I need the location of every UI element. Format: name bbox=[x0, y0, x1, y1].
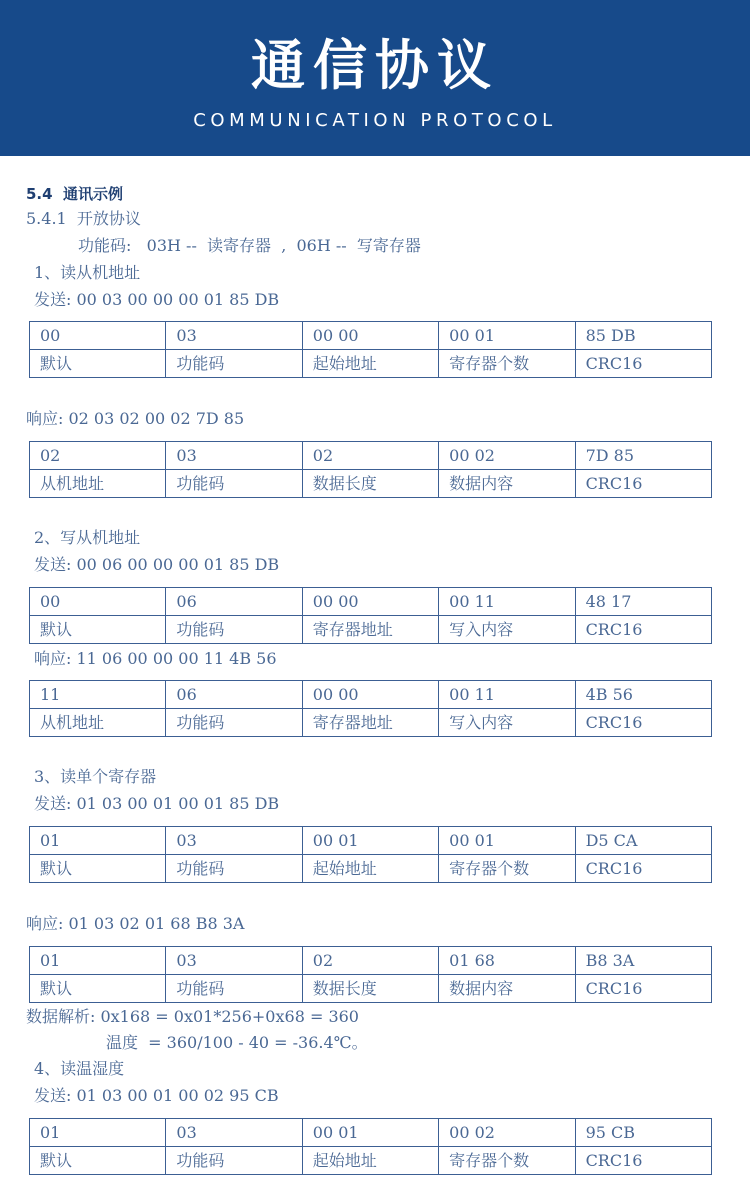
example-3-send: 发送: 01 03 00 01 00 01 85 DB bbox=[34, 794, 279, 814]
table-row-values: 00 06 00 00 00 11 48 17 bbox=[30, 588, 712, 616]
example-2-title: 2、写从机地址 bbox=[34, 528, 140, 548]
table-cell: 从机地址 bbox=[30, 470, 166, 498]
example-3-send-table: 01 03 00 01 00 01 D5 CA 默认 功能码 起始地址 寄存器个… bbox=[29, 826, 712, 883]
table-cell: 默认 bbox=[30, 1147, 166, 1175]
table-cell: 功能码 bbox=[166, 350, 302, 378]
table-cell: 11 bbox=[30, 681, 166, 709]
table-row-values: 01 03 00 01 00 01 D5 CA bbox=[30, 827, 712, 855]
table-cell: 默认 bbox=[30, 855, 166, 883]
table-cell: 起始地址 bbox=[302, 350, 438, 378]
table-row-labels: 默认 功能码 数据长度 数据内容 CRC16 bbox=[30, 975, 712, 1003]
example-4-title: 4、读温湿度 bbox=[34, 1059, 124, 1079]
table-cell: 01 bbox=[30, 1119, 166, 1147]
section-heading: 5.4 通讯示例 bbox=[26, 184, 123, 204]
table-cell: 寄存器地址 bbox=[302, 616, 438, 644]
table-cell: 00 02 bbox=[439, 442, 575, 470]
example-4-send: 发送: 01 03 00 01 00 02 95 CB bbox=[34, 1086, 279, 1106]
table-cell: 00 bbox=[30, 588, 166, 616]
table-cell: CRC16 bbox=[575, 1147, 711, 1175]
table-cell: 01 bbox=[30, 947, 166, 975]
table-row-values: 00 03 00 00 00 01 85 DB bbox=[30, 322, 712, 350]
table-cell: 起始地址 bbox=[302, 1147, 438, 1175]
table-cell: 数据长度 bbox=[302, 975, 438, 1003]
example-3-response-table: 01 03 02 01 68 B8 3A 默认 功能码 数据长度 数据内容 CR… bbox=[29, 946, 712, 1003]
example-1-send-table: 00 03 00 00 00 01 85 DB 默认 功能码 起始地址 寄存器个… bbox=[29, 321, 712, 378]
example-2-send-table: 00 06 00 00 00 11 48 17 默认 功能码 寄存器地址 写入内… bbox=[29, 587, 712, 644]
table-cell: 寄存器个数 bbox=[439, 855, 575, 883]
table-cell: 默认 bbox=[30, 616, 166, 644]
table-cell: CRC16 bbox=[575, 470, 711, 498]
table-cell: 功能码 bbox=[166, 1147, 302, 1175]
example-2-response: 响应: 11 06 00 00 00 11 4B 56 bbox=[34, 649, 277, 669]
table-cell: 03 bbox=[166, 1119, 302, 1147]
table-row-values: 01 03 02 01 68 B8 3A bbox=[30, 947, 712, 975]
table-cell: 功能码 bbox=[166, 709, 302, 737]
table-cell: 03 bbox=[166, 827, 302, 855]
table-cell: 寄存器地址 bbox=[302, 709, 438, 737]
table-row-labels: 从机地址 功能码 寄存器地址 写入内容 CRC16 bbox=[30, 709, 712, 737]
table-cell: 4B 56 bbox=[575, 681, 711, 709]
table-cell: 01 bbox=[30, 827, 166, 855]
table-cell: 00 00 bbox=[302, 322, 438, 350]
table-cell: 功能码 bbox=[166, 470, 302, 498]
table-cell: 寄存器个数 bbox=[439, 1147, 575, 1175]
table-row-labels: 从机地址 功能码 数据长度 数据内容 CRC16 bbox=[30, 470, 712, 498]
table-row-values: 11 06 00 00 00 11 4B 56 bbox=[30, 681, 712, 709]
subsection-heading: 5.4.1 开放协议 bbox=[26, 209, 141, 229]
table-cell: 00 02 bbox=[439, 1119, 575, 1147]
example-1-response-table: 02 03 02 00 02 7D 85 从机地址 功能码 数据长度 数据内容 … bbox=[29, 441, 712, 498]
table-cell: 00 00 bbox=[302, 681, 438, 709]
table-cell: 从机地址 bbox=[30, 709, 166, 737]
example-4-send-table: 01 03 00 01 00 02 95 CB 默认 功能码 起始地址 寄存器个… bbox=[29, 1118, 712, 1175]
table-cell: 00 01 bbox=[439, 827, 575, 855]
table-cell: 默认 bbox=[30, 975, 166, 1003]
table-cell: 寄存器个数 bbox=[439, 350, 575, 378]
table-cell: 48 17 bbox=[575, 588, 711, 616]
table-cell: 写入内容 bbox=[439, 616, 575, 644]
table-cell: 功能码 bbox=[166, 975, 302, 1003]
table-cell: 写入内容 bbox=[439, 709, 575, 737]
table-cell: 00 11 bbox=[439, 588, 575, 616]
function-codes-line: 功能码: 03H -- 读寄存器 , 06H -- 写寄存器 bbox=[78, 236, 421, 256]
example-1-response: 响应: 02 03 02 00 02 7D 85 bbox=[26, 409, 244, 429]
table-cell: CRC16 bbox=[575, 709, 711, 737]
table-row-labels: 默认 功能码 寄存器地址 写入内容 CRC16 bbox=[30, 616, 712, 644]
table-cell: B8 3A bbox=[575, 947, 711, 975]
table-cell: 85 DB bbox=[575, 322, 711, 350]
table-cell: 起始地址 bbox=[302, 855, 438, 883]
table-cell: 01 68 bbox=[439, 947, 575, 975]
table-row-labels: 默认 功能码 起始地址 寄存器个数 CRC16 bbox=[30, 350, 712, 378]
example-2-response-table: 11 06 00 00 00 11 4B 56 从机地址 功能码 寄存器地址 写… bbox=[29, 680, 712, 737]
table-cell: 06 bbox=[166, 588, 302, 616]
table-row-values: 01 03 00 01 00 02 95 CB bbox=[30, 1119, 712, 1147]
table-cell: CRC16 bbox=[575, 616, 711, 644]
table-cell: 02 bbox=[302, 442, 438, 470]
table-row-labels: 默认 功能码 起始地址 寄存器个数 CRC16 bbox=[30, 855, 712, 883]
table-row-labels: 默认 功能码 起始地址 寄存器个数 CRC16 bbox=[30, 1147, 712, 1175]
table-cell: 00 01 bbox=[302, 827, 438, 855]
table-cell: 03 bbox=[166, 442, 302, 470]
table-cell: D5 CA bbox=[575, 827, 711, 855]
table-cell: 03 bbox=[166, 322, 302, 350]
table-cell: 00 01 bbox=[302, 1119, 438, 1147]
table-cell: 数据内容 bbox=[439, 470, 575, 498]
table-cell: 02 bbox=[30, 442, 166, 470]
page-title: 通信协议 bbox=[0, 34, 750, 98]
table-cell: 00 01 bbox=[439, 322, 575, 350]
temperature-calc: 温度 = 360/100 - 40 = -36.4℃。 bbox=[106, 1033, 368, 1053]
table-cell: 00 00 bbox=[302, 588, 438, 616]
table-cell: 数据长度 bbox=[302, 470, 438, 498]
table-cell: 02 bbox=[302, 947, 438, 975]
table-row-values: 02 03 02 00 02 7D 85 bbox=[30, 442, 712, 470]
table-cell: CRC16 bbox=[575, 975, 711, 1003]
example-3-title: 3、读单个寄存器 bbox=[34, 767, 156, 787]
table-cell: CRC16 bbox=[575, 855, 711, 883]
example-1-send: 发送: 00 03 00 00 00 01 85 DB bbox=[34, 290, 279, 310]
example-2-send: 发送: 00 06 00 00 00 01 85 DB bbox=[34, 555, 279, 575]
table-cell: CRC16 bbox=[575, 350, 711, 378]
table-cell: 03 bbox=[166, 947, 302, 975]
data-analysis: 数据解析: 0x168 = 0x01*256+0x68 = 360 bbox=[26, 1007, 359, 1027]
table-cell: 7D 85 bbox=[575, 442, 711, 470]
table-cell: 00 11 bbox=[439, 681, 575, 709]
example-1-title: 1、读从机地址 bbox=[34, 263, 140, 283]
page-subtitle: COMMUNICATION PROTOCOL bbox=[0, 110, 750, 132]
table-cell: 数据内容 bbox=[439, 975, 575, 1003]
table-cell: 00 bbox=[30, 322, 166, 350]
header-banner: 通信协议 COMMUNICATION PROTOCOL bbox=[0, 0, 750, 156]
table-cell: 默认 bbox=[30, 350, 166, 378]
example-3-response: 响应: 01 03 02 01 68 B8 3A bbox=[26, 914, 244, 934]
table-cell: 功能码 bbox=[166, 855, 302, 883]
table-cell: 功能码 bbox=[166, 616, 302, 644]
table-cell: 95 CB bbox=[575, 1119, 711, 1147]
table-cell: 06 bbox=[166, 681, 302, 709]
